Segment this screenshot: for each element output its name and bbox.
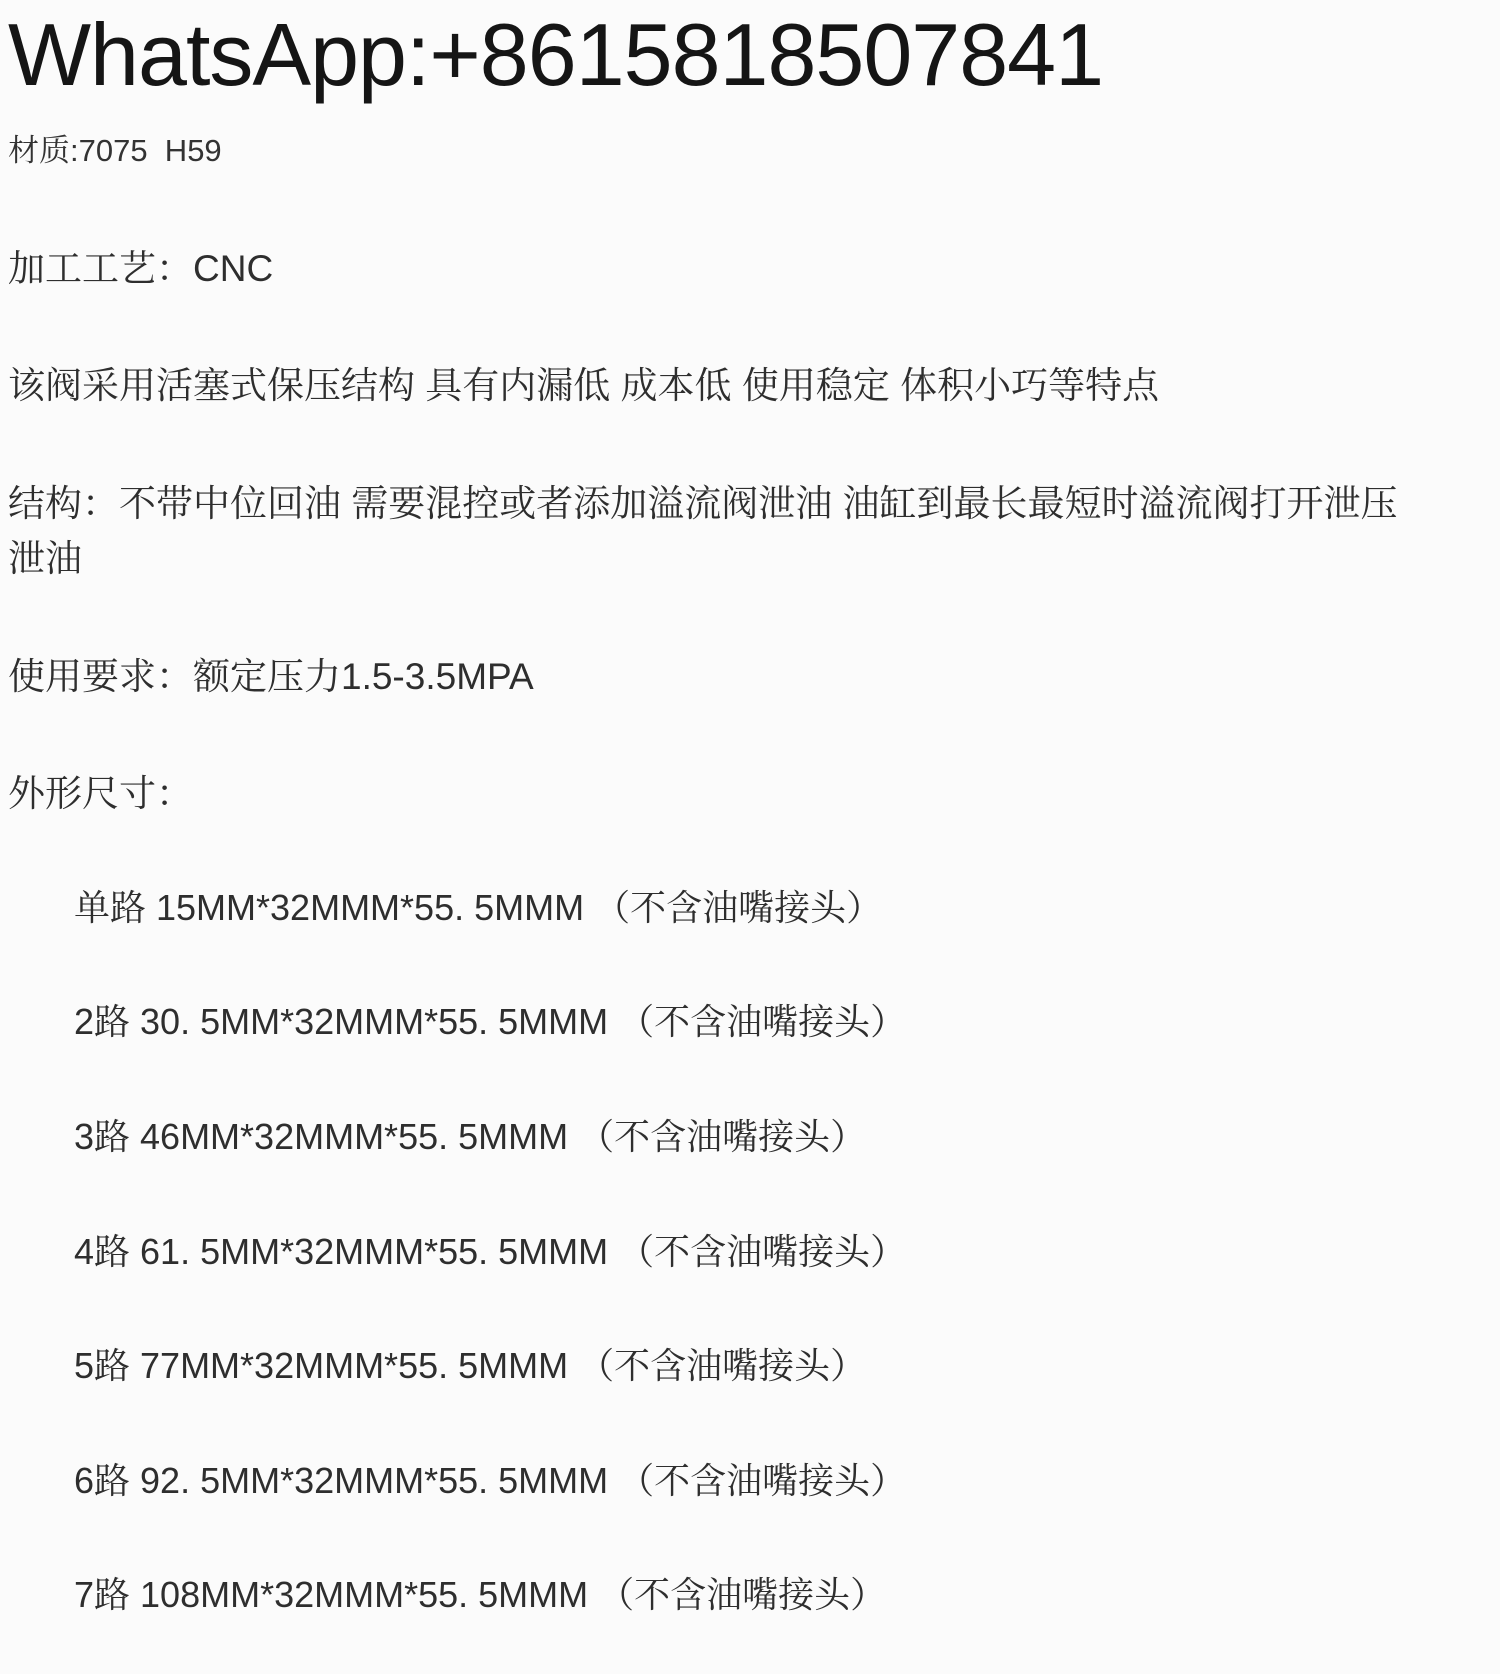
dimension-row-6way: 6路 92. 5MM*32MMM*55. 5MMM （不含油嘴接头） — [74, 1457, 1486, 1506]
product-description-page: WhatsApp:+8615818507841 材质:7075 H59 加工工艺… — [0, 0, 1500, 1674]
document-body: WhatsApp:+8615818507841 材质:7075 H59 加工工艺… — [0, 0, 1500, 1620]
usage-requirement-line: 使用要求：额定压力1.5-3.5MPA — [8, 649, 1486, 705]
structure-line: 结构：不带中位回油 需要混控或者添加溢流阀泄油 油缸到最长最短时溢流阀打开泄压泄… — [8, 476, 1408, 587]
dimension-row-single: 单路 15MM*32MMM*55. 5MMM （不含油嘴接头） — [74, 884, 1486, 933]
dimension-row-4way: 4路 61. 5MM*32MMM*55. 5MMM （不含油嘴接头） — [74, 1228, 1486, 1277]
process-line: 加工工艺：CNC — [8, 241, 1486, 297]
dimension-list: 单路 15MM*32MMM*55. 5MMM （不含油嘴接头） 2路 30. 5… — [8, 884, 1486, 1620]
dimension-row-2way: 2路 30. 5MM*32MMM*55. 5MMM （不含油嘴接头） — [74, 998, 1486, 1047]
dimension-row-3way: 3路 46MM*32MMM*55. 5MMM （不含油嘴接头） — [74, 1113, 1486, 1162]
dimension-row-5way: 5路 77MM*32MMM*55. 5MMM （不含油嘴接头） — [74, 1342, 1486, 1391]
features-line: 该阀采用活塞式保压结构 具有内漏低 成本低 使用稳定 体积小巧等特点 — [8, 358, 1486, 414]
material-line: 材质:7075 H59 — [8, 131, 1486, 171]
dimension-row-7way: 7路 108MM*32MMM*55. 5MMM （不含油嘴接头） — [74, 1571, 1486, 1620]
whatsapp-contact-title: WhatsApp:+8615818507841 — [8, 6, 1486, 105]
dimensions-heading: 外形尺寸： — [8, 766, 1486, 822]
